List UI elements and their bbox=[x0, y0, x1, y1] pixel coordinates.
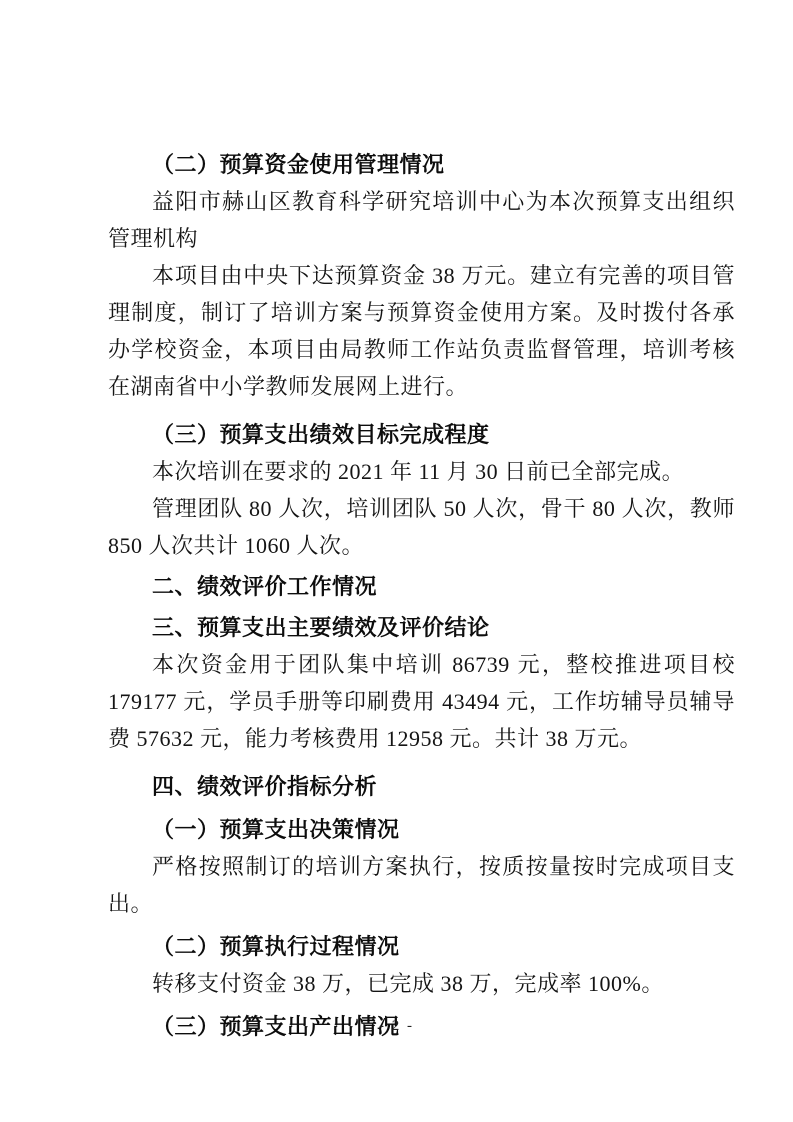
heading-execution-process: （二）预算执行过程情况 bbox=[108, 928, 735, 965]
page-body: （二）预算资金使用管理情况 益阳市赫山区教育科学研究培训中心为本次预算支出组织管… bbox=[108, 140, 735, 1045]
document-page: （二）预算资金使用管理情况 益阳市赫山区教育科学研究培训中心为本次预算支出组织管… bbox=[0, 0, 793, 1122]
para-decision-detail: 严格按照制订的培训方案执行，按质按量按时完成项目支出。 bbox=[108, 848, 735, 922]
heading-indicator-analysis: 四、绩效评价指标分析 bbox=[108, 768, 735, 805]
para-training-completion: 本次培训在要求的 2021 年 11 月 30 日前已全部完成。 bbox=[108, 453, 735, 490]
para-fund-breakdown: 本次资金用于团队集中培训 86739 元，整校推进项目校 179177 元，学员… bbox=[108, 646, 735, 757]
para-participant-counts: 管理团队 80 人次，培训团队 50 人次，骨干 80 人次，教师 850 人次… bbox=[108, 490, 735, 564]
heading-performance-target-completion: （三）预算支出绩效目标完成程度 bbox=[108, 416, 735, 453]
para-organizer: 益阳市赫山区教育科学研究培训中心为本次预算支出组织管理机构 bbox=[108, 183, 735, 257]
heading-expenditure-decision: （一）预算支出决策情况 bbox=[108, 811, 735, 848]
heading-main-performance-conclusion: 三、预算支出主要绩效及评价结论 bbox=[108, 609, 735, 646]
para-fund-management-detail: 本项目由中央下达预算资金 38 万元。建立有完善的项目管理制度，制订了培训方案与… bbox=[108, 257, 735, 405]
heading-evaluation-work: 二、绩效评价工作情况 bbox=[108, 568, 735, 605]
page-number: - 2 - bbox=[0, 1018, 793, 1035]
heading-fund-usage-management: （二）预算资金使用管理情况 bbox=[108, 146, 735, 183]
para-transfer-payment: 转移支付资金 38 万，已完成 38 万，完成率 100%。 bbox=[108, 965, 735, 1002]
